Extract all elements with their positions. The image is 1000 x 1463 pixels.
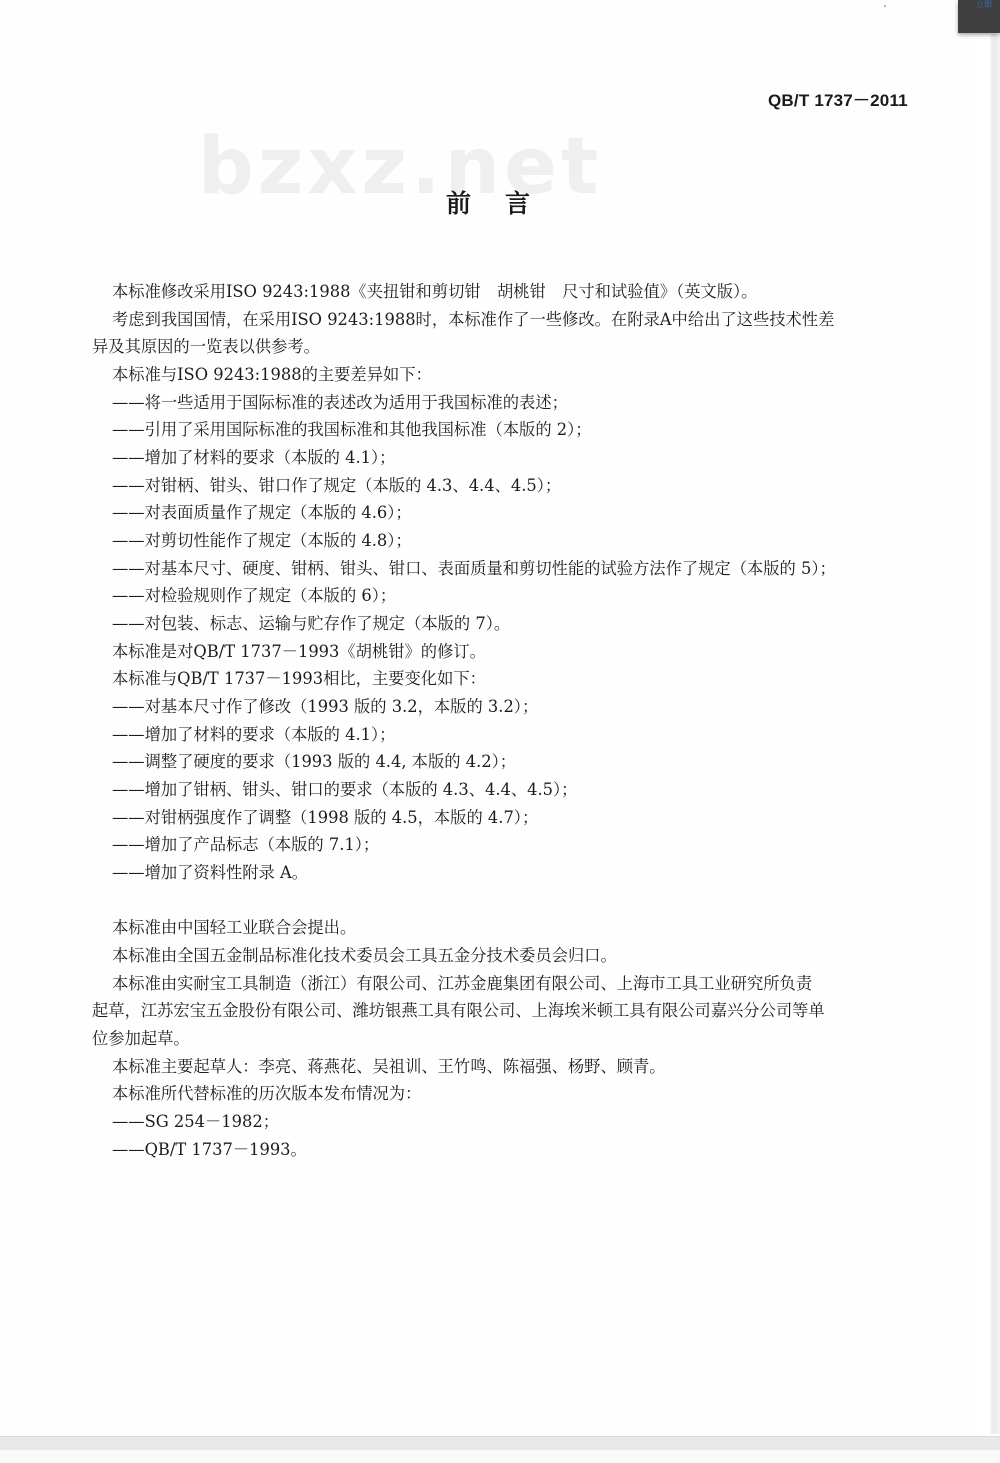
paragraph-line: 本标准与ISO 9243:1988的主要差异如下：: [112, 364, 432, 386]
list-item: ——对基本尺寸、硬度、钳柄、钳头、钳口、表面质量和剪切性能的试验方法作了规定（本…: [112, 558, 836, 580]
list-item: ——对剪切性能作了规定（本版的 4.8）；: [112, 530, 412, 552]
paragraph-line: 位参加起草。: [92, 1028, 190, 1050]
list-item: ——引用了采用国际标准的我国标准和其他我国标准（本版的 2）；: [112, 419, 592, 441]
paragraph-line: 起草，江苏宏宝五金股份有限公司、潍坊银燕工具有限公司、上海埃米顿工具有限公司嘉兴…: [92, 1000, 825, 1022]
document-viewer: QB/T 1737－2011 bzxz.net 前言 本标准修改采用ISO 92…: [0, 0, 1000, 1463]
list-item: ——增加了资料性附录 A。: [112, 862, 308, 884]
paragraph-line: 本标准所代替标准的历次版本发布情况为：: [112, 1083, 421, 1105]
list-item: ——增加了钳柄、钳头、钳口的要求（本版的 4.3、4.4、4.5）；: [112, 779, 577, 801]
list-item: ——将一些适用于国际标准的表述改为适用于我国标准的表述；: [112, 392, 568, 414]
list-item: ——增加了产品标志（本版的 7.1）；: [112, 834, 379, 856]
document-page: QB/T 1737－2011 bzxz.net 前言 本标准修改采用ISO 92…: [0, 0, 978, 1434]
list-item: ——增加了材料的要求（本版的 4.1）；: [112, 724, 395, 746]
floating-action-label[interactable]: 立即: [976, 0, 1000, 10]
list-item: ——QB/T 1737－1993。: [112, 1139, 307, 1161]
floating-action-panel[interactable]: 立即: [958, 0, 1000, 33]
speck-mark: [884, 5, 886, 7]
list-item: ——对钳柄强度作了调整（1998 版的 4.5，本版的 4.7）；: [112, 807, 538, 829]
paragraph-line: 本标准由全国五金制品标准化技术委员会工具五金分技术委员会归口。: [112, 945, 617, 967]
paragraph-line: 本标准主要起草人：李亮、蒋燕花、吴祖训、王竹鸣、陈福强、杨野、顾青。: [112, 1056, 666, 1078]
list-item: ——调整了硬度的要求（1993 版的 4.4, 本版的 4.2）；: [112, 751, 516, 773]
paragraph-line: 本标准修改采用ISO 9243:1988《夹扭钳和剪切钳 胡桃钳 尺寸和试验值》…: [112, 281, 757, 303]
list-item: ——增加了材料的要求（本版的 4.1）；: [112, 447, 395, 469]
list-item: ——对包装、标志、运输与贮存作了规定（本版的 7）。: [112, 613, 510, 635]
list-item: ——对钳柄、钳头、钳口作了规定（本版的 4.3、4.4、4.5）；: [112, 475, 561, 497]
standard-code: QB/T 1737－2011: [768, 86, 908, 111]
paragraph-line: 本标准由中国轻工业联合会提出。: [112, 917, 356, 939]
page-edge-scroll-track[interactable]: [990, 34, 1000, 1434]
paragraph-line: 本标准由实耐宝工具制造（浙江）有限公司、江苏金鹿集团有限公司、上海市工具工业研究…: [112, 973, 812, 995]
paragraph-line: 异及其原因的一览表以供参考。: [92, 336, 320, 358]
list-item: ——对基本尺寸作了修改（1993 版的 3.2，本版的 3.2）；: [112, 696, 538, 718]
list-item: ——对检验规则作了规定（本版的 6）；: [112, 585, 396, 607]
next-page-edge: [0, 1450, 1000, 1463]
paragraph-line: 考虑到我国国情，在采用ISO 9243:1988时，本标准作了一些修改。在附录A…: [112, 309, 834, 331]
list-item: ——对表面质量作了规定（本版的 4.6）；: [112, 502, 412, 524]
paragraph-line: 本标准与QB/T 1737－1993相比，主要变化如下：: [112, 668, 486, 690]
page-title: 前言: [446, 184, 564, 220]
paragraph-line: 本标准是对QB/T 1737－1993《胡桃钳》的修订。: [112, 641, 486, 663]
horizontal-scrollbar[interactable]: [0, 1436, 1000, 1451]
list-item: ——SG 254－1982；: [112, 1111, 279, 1133]
